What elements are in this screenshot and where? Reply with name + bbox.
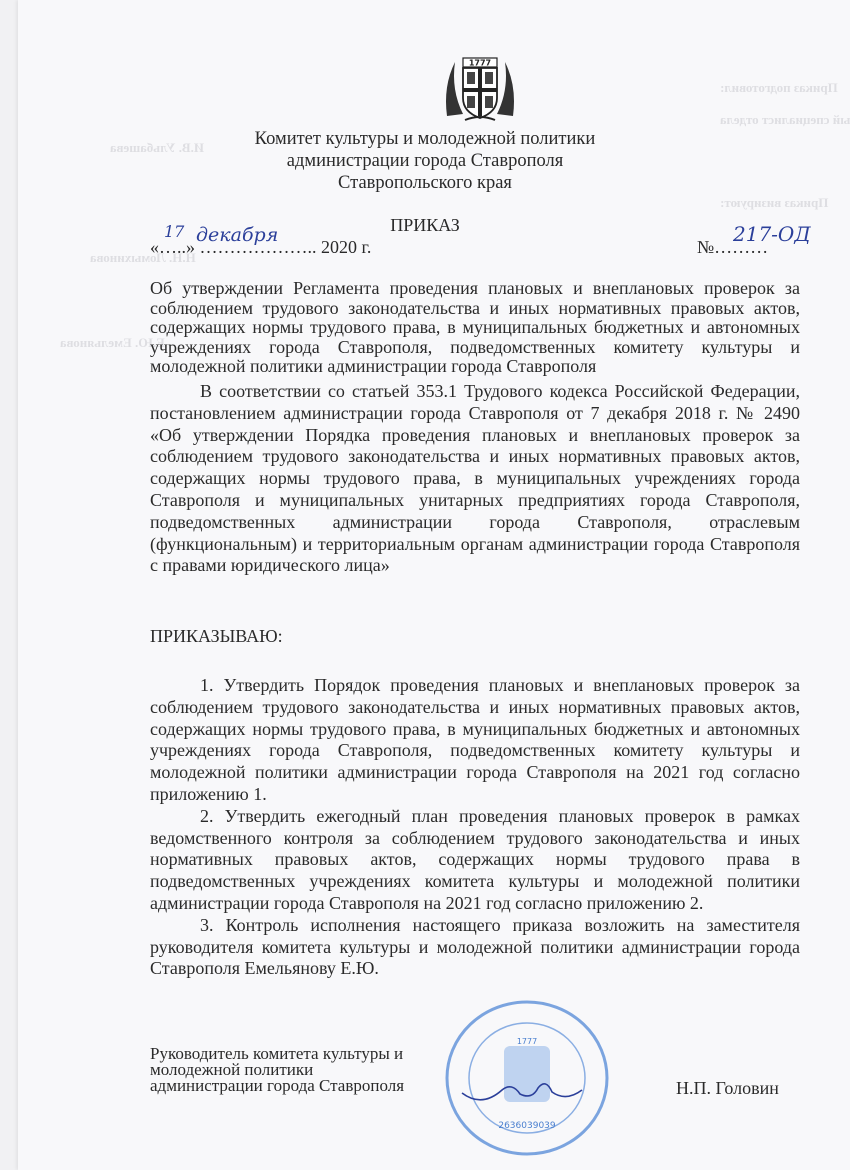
org-name-line-2: администрации города Ставрополя [0, 151, 850, 172]
signatory-position-line-3: администрации города Ставрополя [150, 1078, 404, 1094]
handwritten-day: 17 [164, 222, 184, 241]
bleed-through-text: Приказ визируют: [720, 195, 828, 211]
bleed-through-text: Приказ подготовил: [720, 80, 838, 96]
order-title: ПРИКАЗ [0, 215, 850, 236]
signatory-name: Н.П. Головин [676, 1078, 779, 1099]
svg-text:1777: 1777 [469, 59, 491, 68]
org-name-line-3: Ставропольского края [0, 173, 850, 194]
official-stamp-icon: 1777 2636039039 [442, 998, 612, 1158]
order-item-1: 1. Утвердить Порядок проведения плановых… [150, 675, 800, 806]
bleed-through-text: Главный специалист отдела [720, 112, 850, 128]
order-subject: Об утверждении Регламента проведения пла… [150, 279, 800, 377]
order-item-3: 3. Контроль исполнения настоящего приказ… [150, 915, 800, 980]
order-items: 1. Утвердить Порядок проведения плановых… [150, 675, 800, 980]
coat-of-arms-icon: 1777 [441, 56, 519, 124]
order-directive-heading: ПРИКАЗЫВАЮ: [150, 626, 283, 647]
handwritten-number: 217-ОД [733, 222, 811, 246]
preamble: В соответствии со статьей 353.1 Трудовог… [150, 381, 800, 577]
preamble-text: В соответствии со статьей 353.1 Трудовог… [150, 381, 800, 577]
handwritten-month: декабря [196, 224, 278, 246]
signatory-position: Руководитель комитета культуры и молодеж… [150, 1046, 404, 1094]
svg-text:2636039039: 2636039039 [498, 1121, 556, 1131]
svg-text:1777: 1777 [517, 1037, 537, 1046]
org-name-line-1: Комитет культуры и молодежной политики [0, 129, 850, 150]
order-item-2: 2. Утвердить ежегодный план проведения п… [150, 806, 800, 915]
